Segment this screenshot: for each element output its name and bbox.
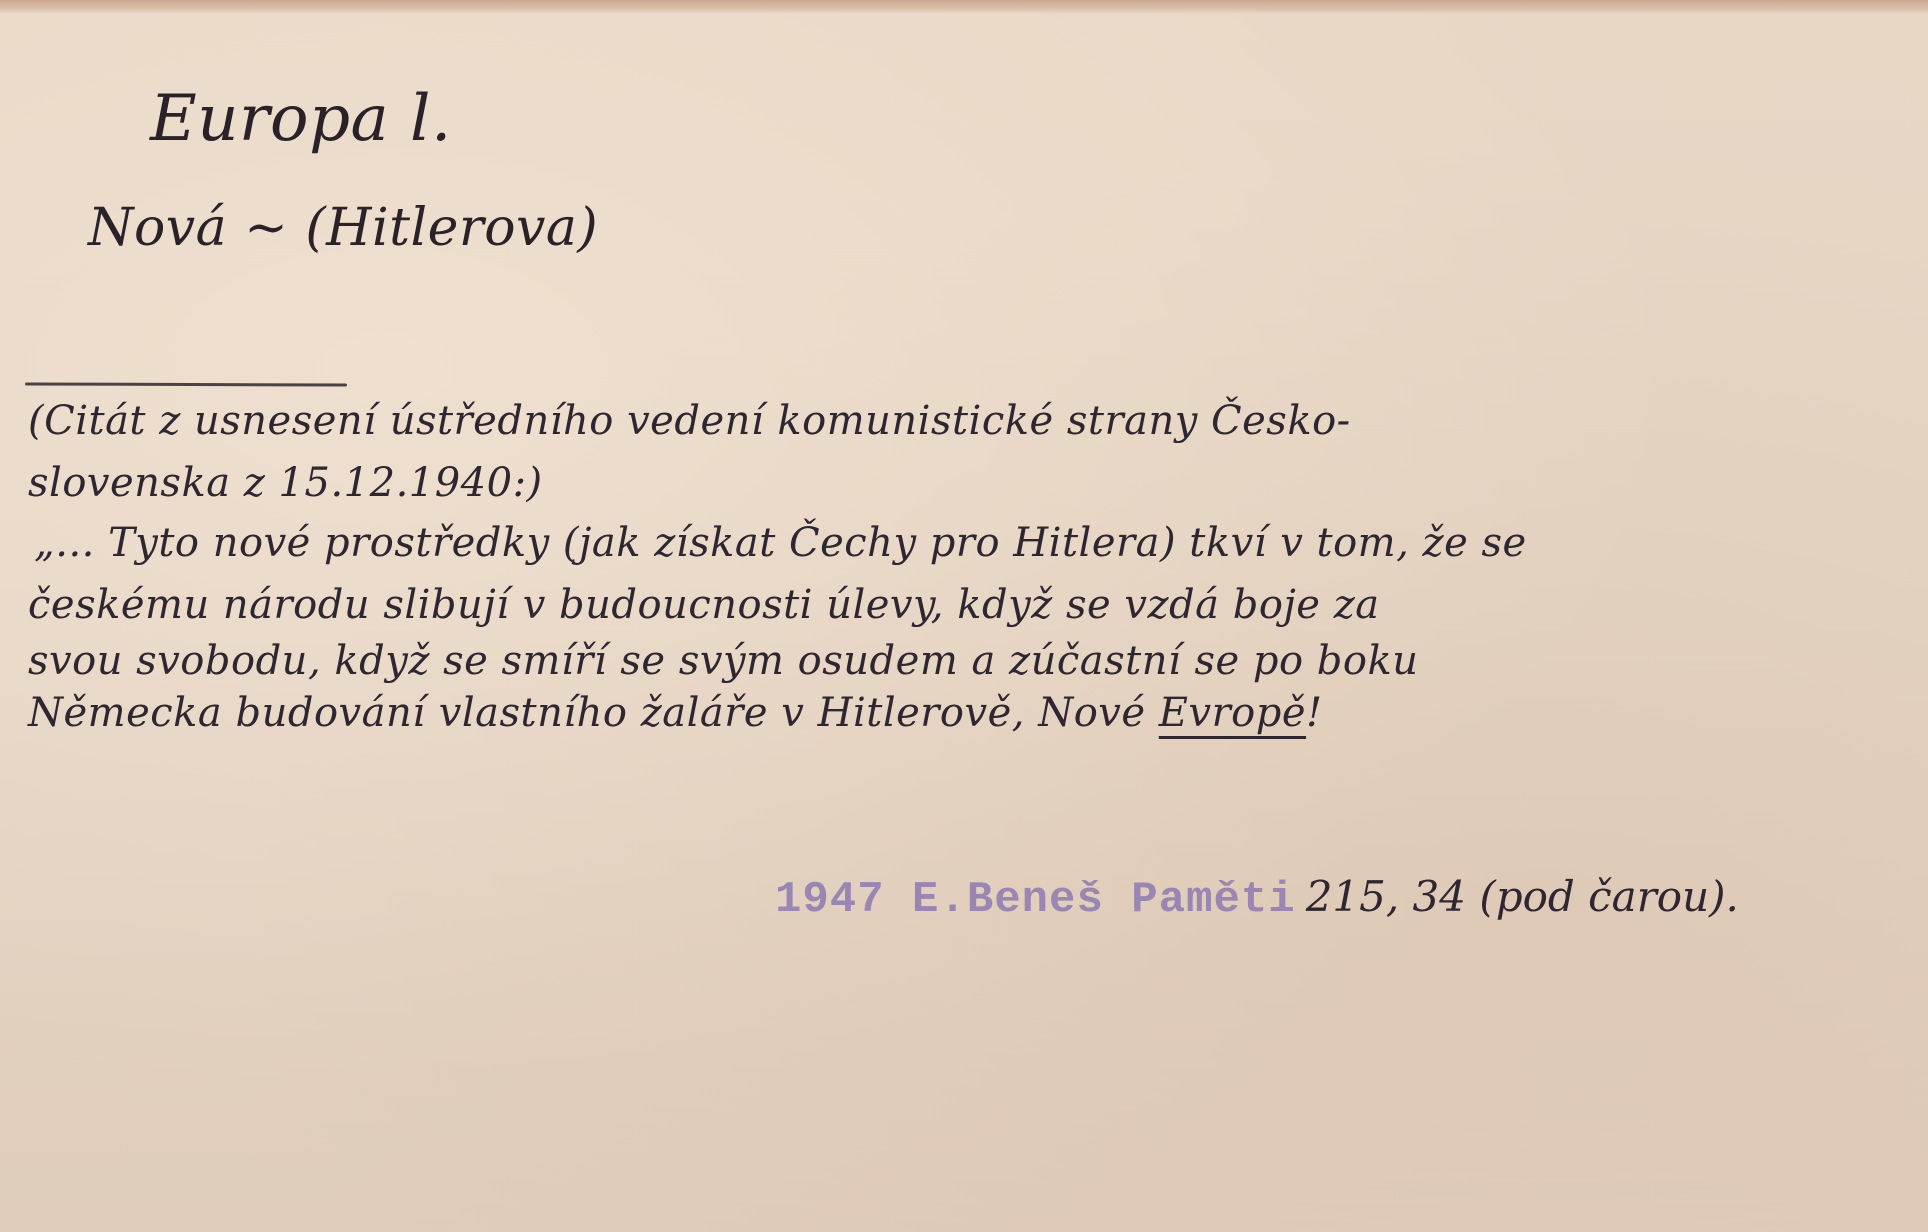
quote-line-2: českému národu slibují v budoucnosti úle… [28,582,1380,628]
quote-intro-line-2: slovenska z 15.12.1940:) [28,460,543,506]
divider-rule [25,382,347,386]
quote-line-4-text: Německa budování vlastního žaláře v Hitl… [28,690,1159,736]
quote-line-4: Německa budování vlastního žaláře v Hitl… [28,690,1323,736]
card-heading-europa: Europa l. [150,82,452,156]
quote-line-3: svou svobodu, když se smíří se svým osud… [28,638,1419,684]
underlined-word-evrope: Evropě [1159,690,1306,736]
source-citation: 1947 E.Beneš Paměti 215, 34 (pod čarou). [775,872,1739,925]
quote-intro-line-1: (Citát z usnesení ústředního vedení komu… [28,398,1351,444]
index-card: Europa l. Nová ~ (Hitlerova) (Citát z us… [0,0,1928,1232]
card-subheading-nova-hitlerova: Nová ~ (Hitlerova) [88,198,598,258]
quote-line-1: „... Tyto nové prostředky (jak získat Če… [34,520,1527,566]
quote-line-4-end: ! [1306,690,1323,736]
source-stamp: 1947 E.Beneš Paměti [775,875,1296,925]
source-page-reference: 215, 34 (pod čarou). [1306,872,1739,921]
card-top-edge [0,0,1928,14]
